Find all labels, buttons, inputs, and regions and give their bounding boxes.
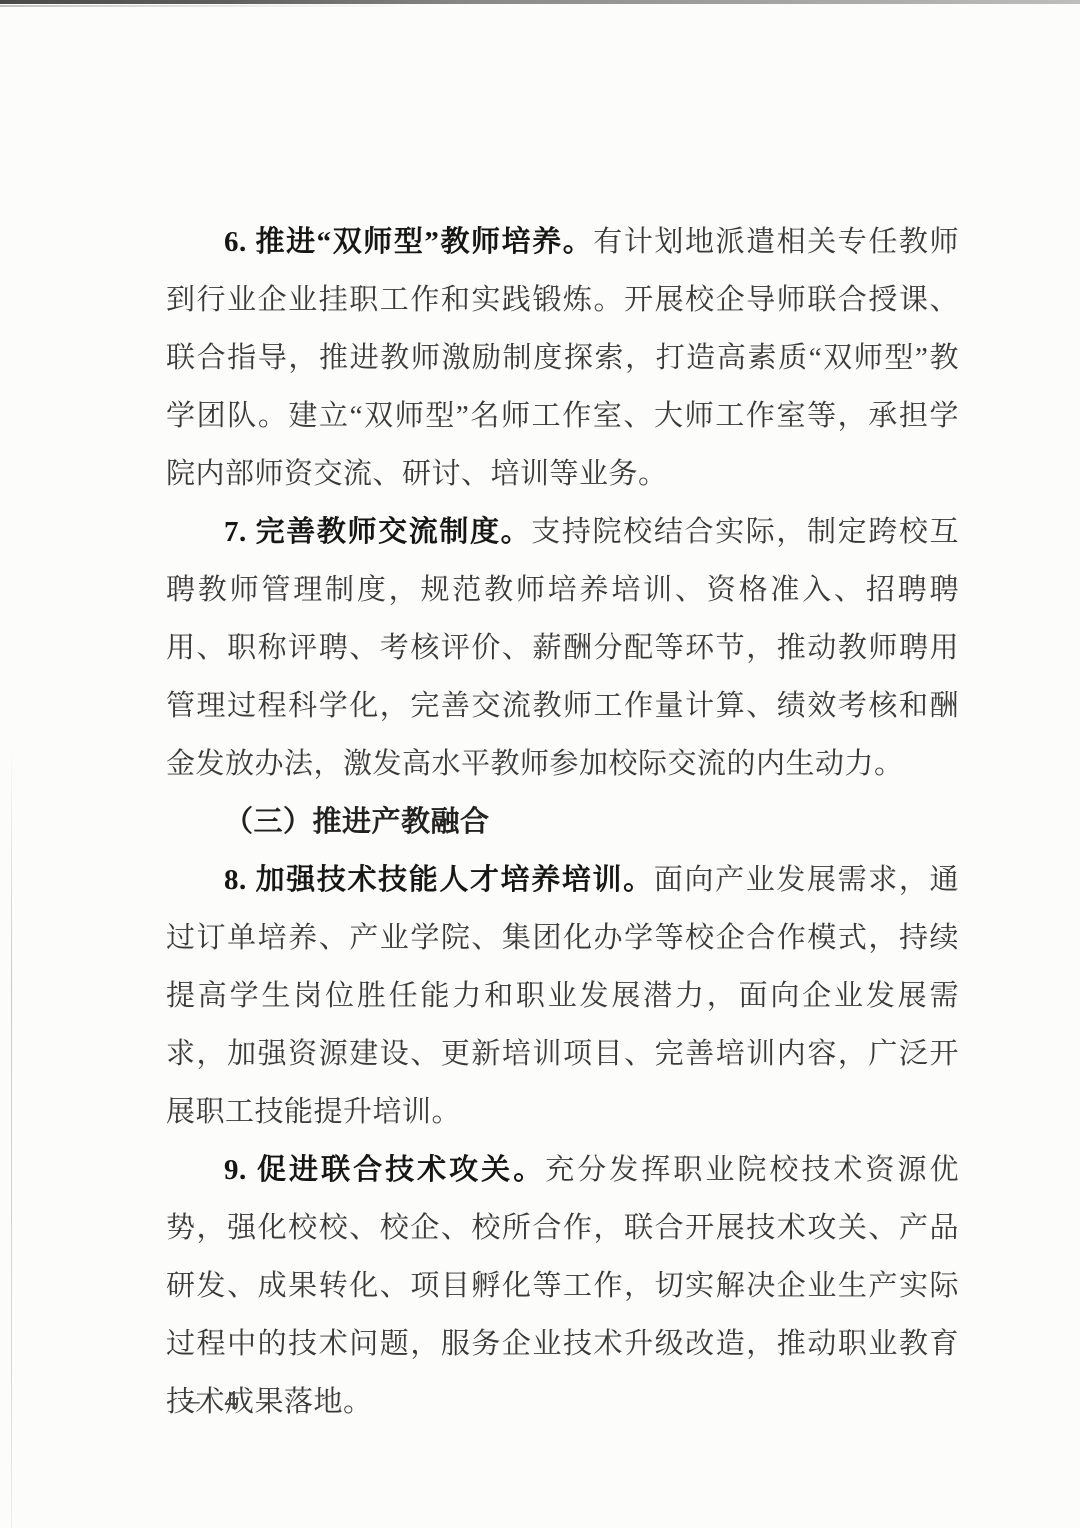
paragraph-6-text: 有计划地派遣相关专任教师到行业企业挂职工作和实践锻炼。开展校企导师联合授课、联合…: [166, 226, 959, 490]
paragraph-8-text: 面向产业发展需求，通过订单培养、产业学院、集团化办学等校企合作模式，持续提高学生…: [166, 864, 959, 1128]
paragraph-6-lead: 6. 推进“双师型”教师培养。: [224, 226, 593, 258]
paragraph-7: 7. 完善教师交流制度。支持院校结合实际，制定跨校互聘教师管理制度，规范教师培养…: [166, 503, 959, 793]
scan-edge-smudge: [0, 5, 420, 7]
paragraph-8-lead: 8. 加强技术技能人才培养培训。: [224, 864, 654, 896]
scan-crease-artifact-left: [11, 742, 12, 1528]
scan-edge-artifact-top: [0, 0, 1080, 4]
paragraph-9-text: 充分发挥职业院校技术资源优势，强化校校、校企、校所合作，联合开展技术攻关、产品研…: [166, 1154, 959, 1418]
paragraph-7-text: 支持院校结合实际，制定跨校互聘教师管理制度，规范教师培养培训、资格准入、招聘聘用…: [166, 516, 959, 780]
page-number: – 4 –: [186, 1385, 285, 1416]
section-heading-3: （三）推进产教融合: [166, 793, 959, 851]
paragraph-6: 6. 推进“双师型”教师培养。有计划地派遣相关专任教师到行业企业挂职工作和实践锻…: [166, 213, 959, 503]
document-body: 6. 推进“双师型”教师培养。有计划地派遣相关专任教师到行业企业挂职工作和实践锻…: [166, 213, 959, 1431]
paragraph-7-lead: 7. 完善教师交流制度。: [224, 516, 531, 548]
paragraph-9-lead: 9. 促进联合技术攻关。: [224, 1154, 545, 1186]
scanned-document-page: 6. 推进“双师型”教师培养。有计划地派遣相关专任教师到行业企业挂职工作和实践锻…: [0, 0, 1080, 1528]
paragraph-8: 8. 加强技术技能人才培养培训。面向产业发展需求，通过订单培养、产业学院、集团化…: [166, 851, 959, 1141]
